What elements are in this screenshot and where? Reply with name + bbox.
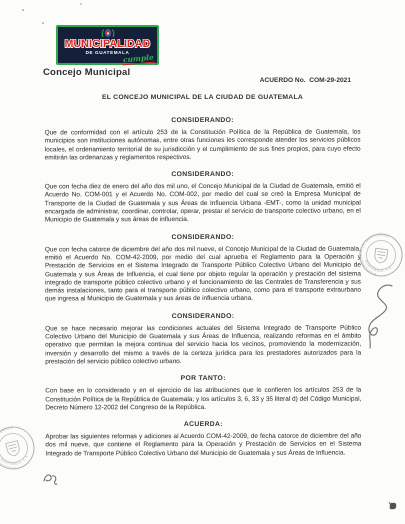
municipal-seal-stamp-left: MUNICIPALIDAD DE GUATEMALA GUATEMALA, C.… <box>0 419 42 477</box>
section-heading: POR TANTO: <box>45 375 361 383</box>
section-paragraph: Que con fecha diez de enero del año dos … <box>45 183 361 225</box>
section-paragraph: Que se hace necesario mejorar las condic… <box>45 324 361 366</box>
scan-speck <box>80 3 82 5</box>
section-paragraph: Aprobar las siguientes reformas y adicio… <box>45 433 361 459</box>
section-paragraph: Que con fecha catorce de diciembre del a… <box>45 245 361 304</box>
scanned-document-page: MUNICIPALIDAD DE GUATEMALA cumple Concej… <box>0 0 405 524</box>
section-heading: CONSIDERANDO: <box>45 312 361 320</box>
logo-subname: DE GUATEMALA <box>86 50 130 55</box>
municipality-logo: MUNICIPALIDAD DE GUATEMALA cumple <box>56 25 159 65</box>
acuerdo-number: ACUERDO No. COM-29-2021 <box>260 77 351 84</box>
initials-mark <box>42 471 60 487</box>
section-paragraph: Con base en lo considerado y en el ejerc… <box>45 387 361 413</box>
section-heading: CONSIDERANDO: <box>45 233 361 241</box>
scan-speck <box>42 22 44 24</box>
seal-crest-icon <box>374 248 388 264</box>
municipal-seal-stamp-right: MUNICIPALIDAD DE GUATEMALA GUATEMALA, C.… <box>355 229 405 281</box>
section-heading: ACUERDA: <box>45 421 361 429</box>
section-heading: CONSIDERANDO: <box>45 117 361 125</box>
logo-tagline: cumple <box>122 54 155 66</box>
seal-crest-icon <box>6 441 21 457</box>
signature-mark <box>362 282 402 350</box>
logo-name: MUNICIPALIDAD <box>65 39 151 50</box>
org-title: Concejo Municipal <box>43 67 130 78</box>
section-heading: CONSIDERANDO: <box>45 171 361 179</box>
ink-blob-mark <box>388 501 398 510</box>
scan-speck <box>22 9 24 11</box>
document-body: CONSIDERANDO: Que de conformidad con el … <box>45 110 362 468</box>
section-paragraph: Que de conformidad con el artículo 253 d… <box>45 129 361 163</box>
document-title: EL CONCEJO MUNICIPAL DE LA CIUDAD DE GUA… <box>0 94 405 101</box>
